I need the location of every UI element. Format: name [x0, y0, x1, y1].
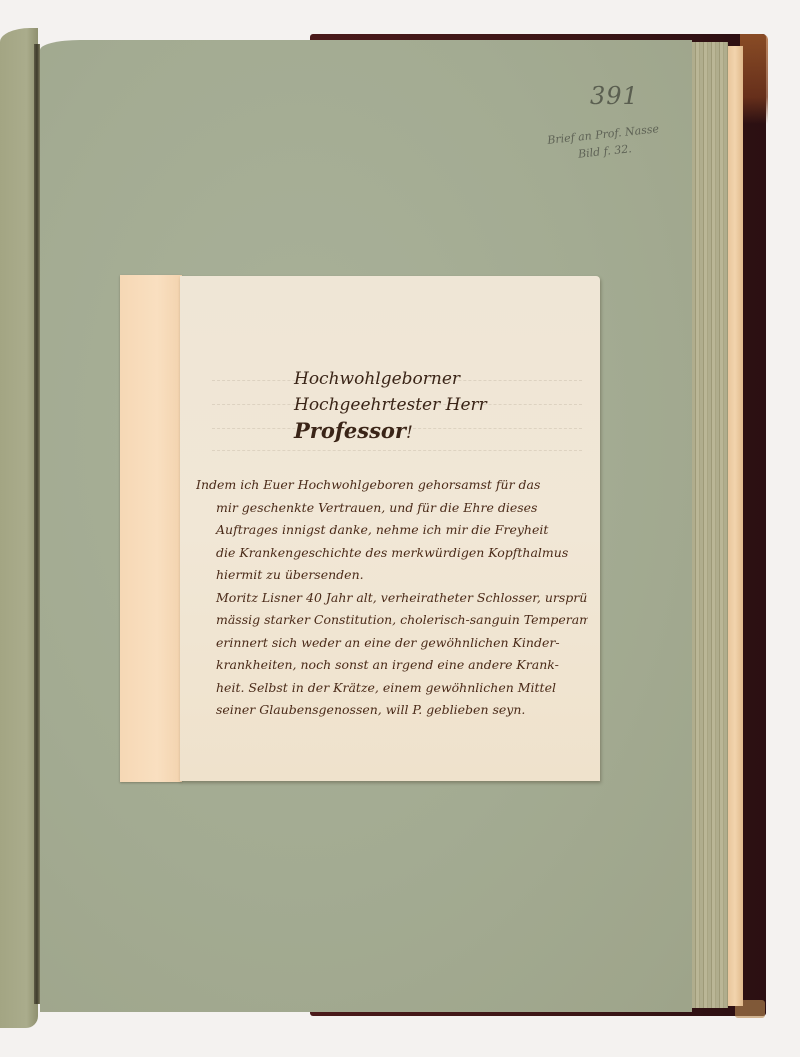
text-line: Moritz Lisner 40 Jahr alt, verheirathete… [196, 587, 588, 610]
text-line: mässig starker Constitution, cholerisch-… [196, 609, 588, 632]
text-line: Indem ich Euer Hochwohlgeboren gehorsams… [196, 474, 588, 497]
text-line: Auftrages innigst danke, nehme ich mir d… [196, 519, 588, 542]
letter-body: Indem ich Euer Hochwohlgeboren gehorsams… [196, 474, 588, 722]
text-line: hiermit zu übersenden. [196, 564, 588, 587]
left-album-page-edge [0, 28, 38, 1028]
salutation-line-1: Hochwohlgeborner [294, 366, 600, 392]
salutation-suffix: ! [406, 423, 413, 443]
page-edge-tan-strip [727, 46, 743, 1006]
salutation-line-2: Hochgeehrtester Herr Professor! [294, 392, 600, 446]
text-line: mir geschenkte Vertrauen, und für die Eh… [196, 497, 588, 520]
text-line: krankheiten, noch sonst an irgend eine a… [196, 654, 588, 677]
handwritten-letter: Hochwohlgeborner Hochgeehrtester Herr Pr… [180, 276, 600, 781]
text-line: erinnert sich weder an eine der gewöhnli… [196, 632, 588, 655]
paragraph-2: Moritz Lisner 40 Jahr alt, verheirathete… [196, 587, 588, 722]
mounting-strip [120, 275, 182, 782]
cover-wear-top [740, 34, 768, 124]
text-line: heit. Selbst in der Krätze, einem gewöhn… [196, 677, 588, 700]
text-line: die Krankengeschichte des merkwürdigen K… [196, 542, 588, 565]
salutation-prefix: Hochgeehrtester Herr [294, 395, 487, 415]
paragraph-1: Indem ich Euer Hochwohlgeboren gehorsams… [196, 474, 588, 587]
page-number: 391 [590, 82, 639, 110]
text-line: seiner Glaubensgenossen, will P. geblieb… [196, 699, 588, 722]
salutation-title: Professor [294, 418, 406, 443]
letter-salutation: Hochwohlgeborner Hochgeehrtester Herr Pr… [294, 366, 600, 446]
